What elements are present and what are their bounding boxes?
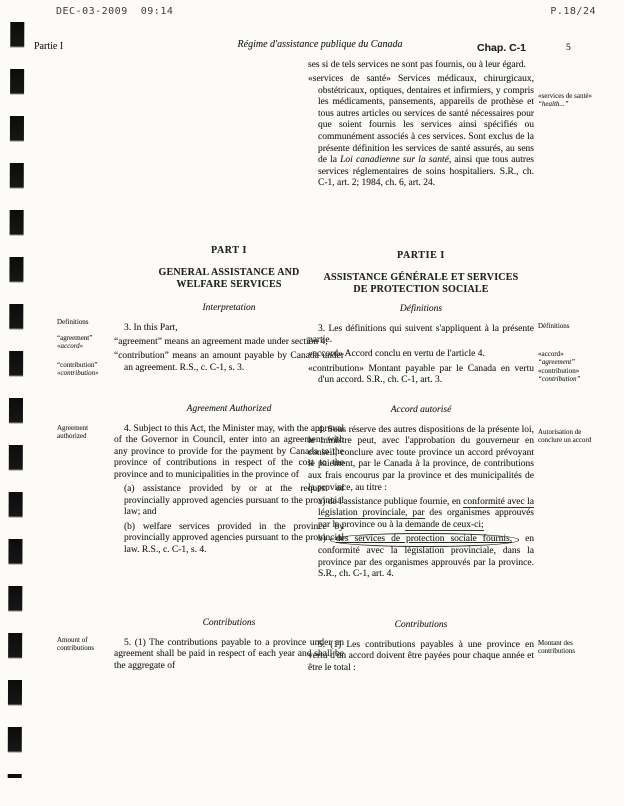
fr-part-number: PARTIE I (308, 250, 534, 262)
fr-continuation-paragraph: ses si de tels services ne sont pas four… (308, 60, 534, 72)
margin-note-amount-of-contributions: Amount of contributions (57, 636, 111, 652)
fr-def-accord: «accord» Accord conclu en vertu de l'art… (308, 349, 534, 361)
fr-heading-accord-autorise: Accord autorisé (308, 405, 534, 417)
fr-accord-autorise-section: Accord autorisé 4. Sous réserve des autr… (308, 405, 534, 584)
scanned-fax-document-page: DEC-03-2009 09:14 P.18/24 Partie I Régim… (0, 0, 624, 806)
fr-def-contribution: «contribution» Montant payable par le Ca… (308, 364, 534, 387)
hand-circle-annotation: des services de protection sociale fourn… (330, 533, 519, 547)
fr-part-title: ASSISTANCE GÉNÉRALE ET SERVICES DE PROTE… (308, 272, 534, 297)
running-header-page-number: 5 (566, 43, 571, 53)
margin-gloss: “contribution” (538, 375, 580, 383)
fr-clause-b-label: b) (318, 534, 326, 544)
margin-term: «contribution» (538, 367, 579, 375)
running-header-chapter: Chap. C-1 (477, 42, 526, 54)
margin-note-accord: «accord» “agreement” (538, 350, 604, 366)
margin-gloss: «accord» (57, 342, 83, 350)
margin-term: «accord» (538, 350, 564, 358)
margin-note-contribution-en: “contribution” «contribution» (57, 361, 111, 377)
margin-note-montant: Montant des contributions (538, 639, 604, 655)
fr-s4-clause-b: b) des services de protection sociale fo… (318, 534, 534, 580)
fr-s4-clause-a: a) de l'assistance publique fournie, en … (318, 497, 534, 532)
margin-gloss: «contribution» (57, 369, 99, 377)
fr-heading-contributions: Contributions (308, 620, 534, 632)
fax-page-indicator: P.18/24 (550, 6, 596, 17)
running-header-part-label: Partie I (34, 41, 63, 52)
margin-term: “agreement” (57, 334, 92, 342)
en-part-title-line2: WELFARE SERVICES (176, 279, 281, 290)
fr-s4-paragraph: 4. Sous réserve des autres dispositions … (308, 425, 534, 495)
margin-note-autorisation: Autorisation de conclure un accord (538, 428, 604, 444)
en-part-title-line1: GENERAL ASSISTANCE AND (159, 267, 300, 278)
fr-s3-intro: 3. Les définitions qui suivent s'appliqu… (308, 324, 534, 347)
margin-note-definitions-fr: Définitions (538, 322, 604, 330)
margin-note-agreement-en: “agreement” «accord» (57, 334, 111, 350)
fax-timestamp: DEC-03-2009 09:14 (56, 6, 173, 17)
fr-part-title-line2: DE PROTECTION SOCIALE (353, 284, 488, 295)
margin-term: “contribution” (57, 361, 97, 369)
margin-gloss: “health...” (538, 100, 569, 108)
running-header-title: Régime d'assistance publique du Canada (120, 39, 520, 50)
hand-underline-annotation: demande de ceux-ci; (405, 520, 484, 531)
fr-heading-definitions: Définitions (308, 304, 534, 316)
margin-gloss: “agreement” (538, 358, 575, 366)
fr-part-title-line1: ASSISTANCE GÉNÉRALE ET SERVICES (324, 272, 519, 283)
fr-def-services-de-sante: «services de santé» Services médicaux, c… (308, 74, 534, 190)
fr-s5-paragraph: 5. (1) Les contributions payables à une … (308, 640, 534, 675)
margin-term: «services de santé» (538, 92, 592, 100)
fr-definitions-section: Définitions 3. Les définitions qui suive… (308, 304, 534, 390)
margin-note-services-de-sante: «services de santé» “health...” (538, 92, 604, 108)
fr-clause-a-text: a) de l'assistance publique fournie, en (318, 497, 463, 507)
fr-contributions-section: Contributions 5. (1) Les contributions p… (308, 620, 534, 677)
fr-sante-text: «services de santé» Services médicaux, c… (308, 74, 534, 165)
fr-definitions-continuation: ses si de tels services ne sont pas four… (308, 60, 534, 193)
fr-sante-act-title: Loi canadienne sur la santé (340, 155, 449, 165)
margin-note-definitions-en: Definitions (57, 318, 111, 326)
margin-note-agreement-authorized: Agreement authorized (57, 424, 111, 440)
fr-part-heading-block: PARTIE I ASSISTANCE GÉNÉRALE ET SERVICES… (308, 250, 534, 297)
binding-holes-strip (8, 22, 25, 778)
margin-note-contribution-fr: «contribution» “contribution” (538, 367, 604, 383)
